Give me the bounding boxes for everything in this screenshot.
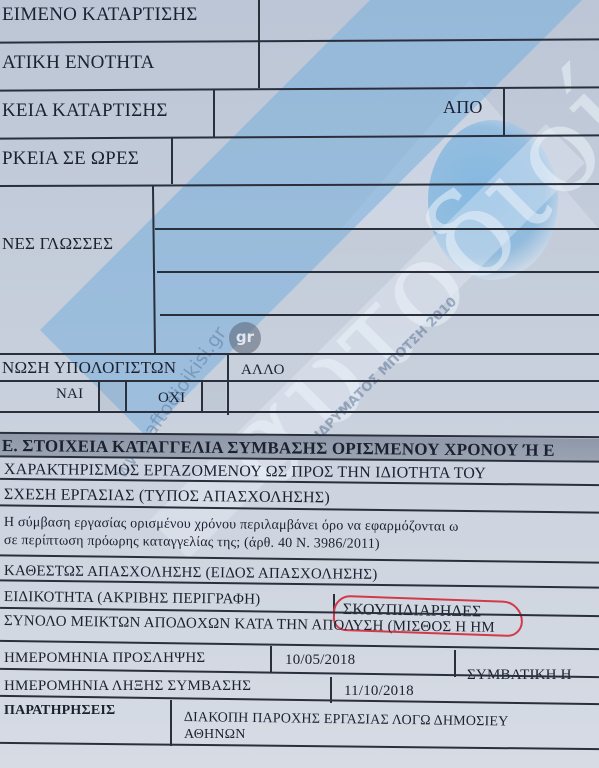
rule — [258, 0, 260, 88]
label-from: ΑΠΟ — [443, 97, 483, 118]
label-computer-knowledge: ΝΩΣΗ ΥΠΟΛΟΓΙΣΤΩΝ — [2, 358, 176, 378]
document-photo: αυτοδιοίκηση www.aftodioikisi.gr ΙΔΡΥΜΑΤ… — [0, 0, 599, 768]
rule — [171, 138, 173, 184]
label-training-duration: ΚΕΙΑ ΚΑΤΑΡΤΙΣΗΣ — [2, 100, 168, 122]
rule — [0, 742, 599, 750]
row-clause-line2: σε περίπτωση πρόωρης καταγγελίας της; (ά… — [4, 533, 380, 553]
watermark-badge-icon: gr — [229, 322, 261, 354]
rule — [0, 411, 599, 413]
rule — [170, 700, 172, 746]
rule — [0, 353, 599, 355]
row-remarks-value-line2: ΑΘΗΝΩΝ — [184, 727, 246, 743]
rule — [155, 228, 599, 230]
rule — [454, 650, 456, 677]
label-duration-hours: ΡΚΕΙΑ ΣΕ ΩΡΕΣ — [2, 148, 139, 170]
rule — [157, 271, 599, 273]
rule — [270, 646, 272, 672]
label-no: ΟΧΙ — [158, 390, 185, 407]
label-training-subject: ΕΙΜΕΝΟ ΚΑΤΑΡΤΙΣΗΣ — [2, 4, 198, 26]
checkbox-no[interactable] — [203, 382, 226, 410]
label-regional-unit: ΑΤΙΚΗ ΕΝΟΤΗΤΑ — [2, 52, 155, 74]
rule — [160, 314, 599, 316]
row-remarks-label: ΠΑΡΑΤΗΡΗΣΕΙΣ — [4, 703, 115, 719]
label-yes: ΝΑΙ — [56, 386, 83, 403]
row-specialty-label: ΕΙΔΙΚΟΤΗΤΑ (ΑΚΡΙΒΗΣ ΠΕΡΙΓΡΑΦΗ) — [4, 589, 261, 609]
row-clause-line1: Η σύμβαση εργασίας ορισμένου χρόνου περι… — [4, 515, 459, 536]
rule — [0, 554, 599, 563]
label-other: ΑΛΛΟ — [241, 362, 285, 379]
rule — [125, 382, 127, 412]
label-languages: ΝΕΣ ΓΛΩΣΣΕΣ — [2, 234, 113, 254]
checkbox-yes[interactable] — [100, 382, 124, 410]
row-end-label: ΗΜΕΡΟΜΗΝΙΑ ΛΗΞΗΣ ΣΥΜΒΑΣΗΣ — [4, 678, 251, 695]
row-hire-label: ΗΜΕΡΟΜΗΝΙΑ ΠΡΟΣΛΗΨΗΣ — [4, 650, 205, 667]
rule — [213, 90, 215, 137]
rule — [0, 380, 599, 382]
rule — [0, 640, 599, 650]
row-end-value: 11/10/2018 — [344, 683, 414, 700]
rule — [227, 355, 229, 415]
row-hire-value: 10/05/2018 — [285, 652, 355, 669]
rule — [503, 88, 505, 136]
